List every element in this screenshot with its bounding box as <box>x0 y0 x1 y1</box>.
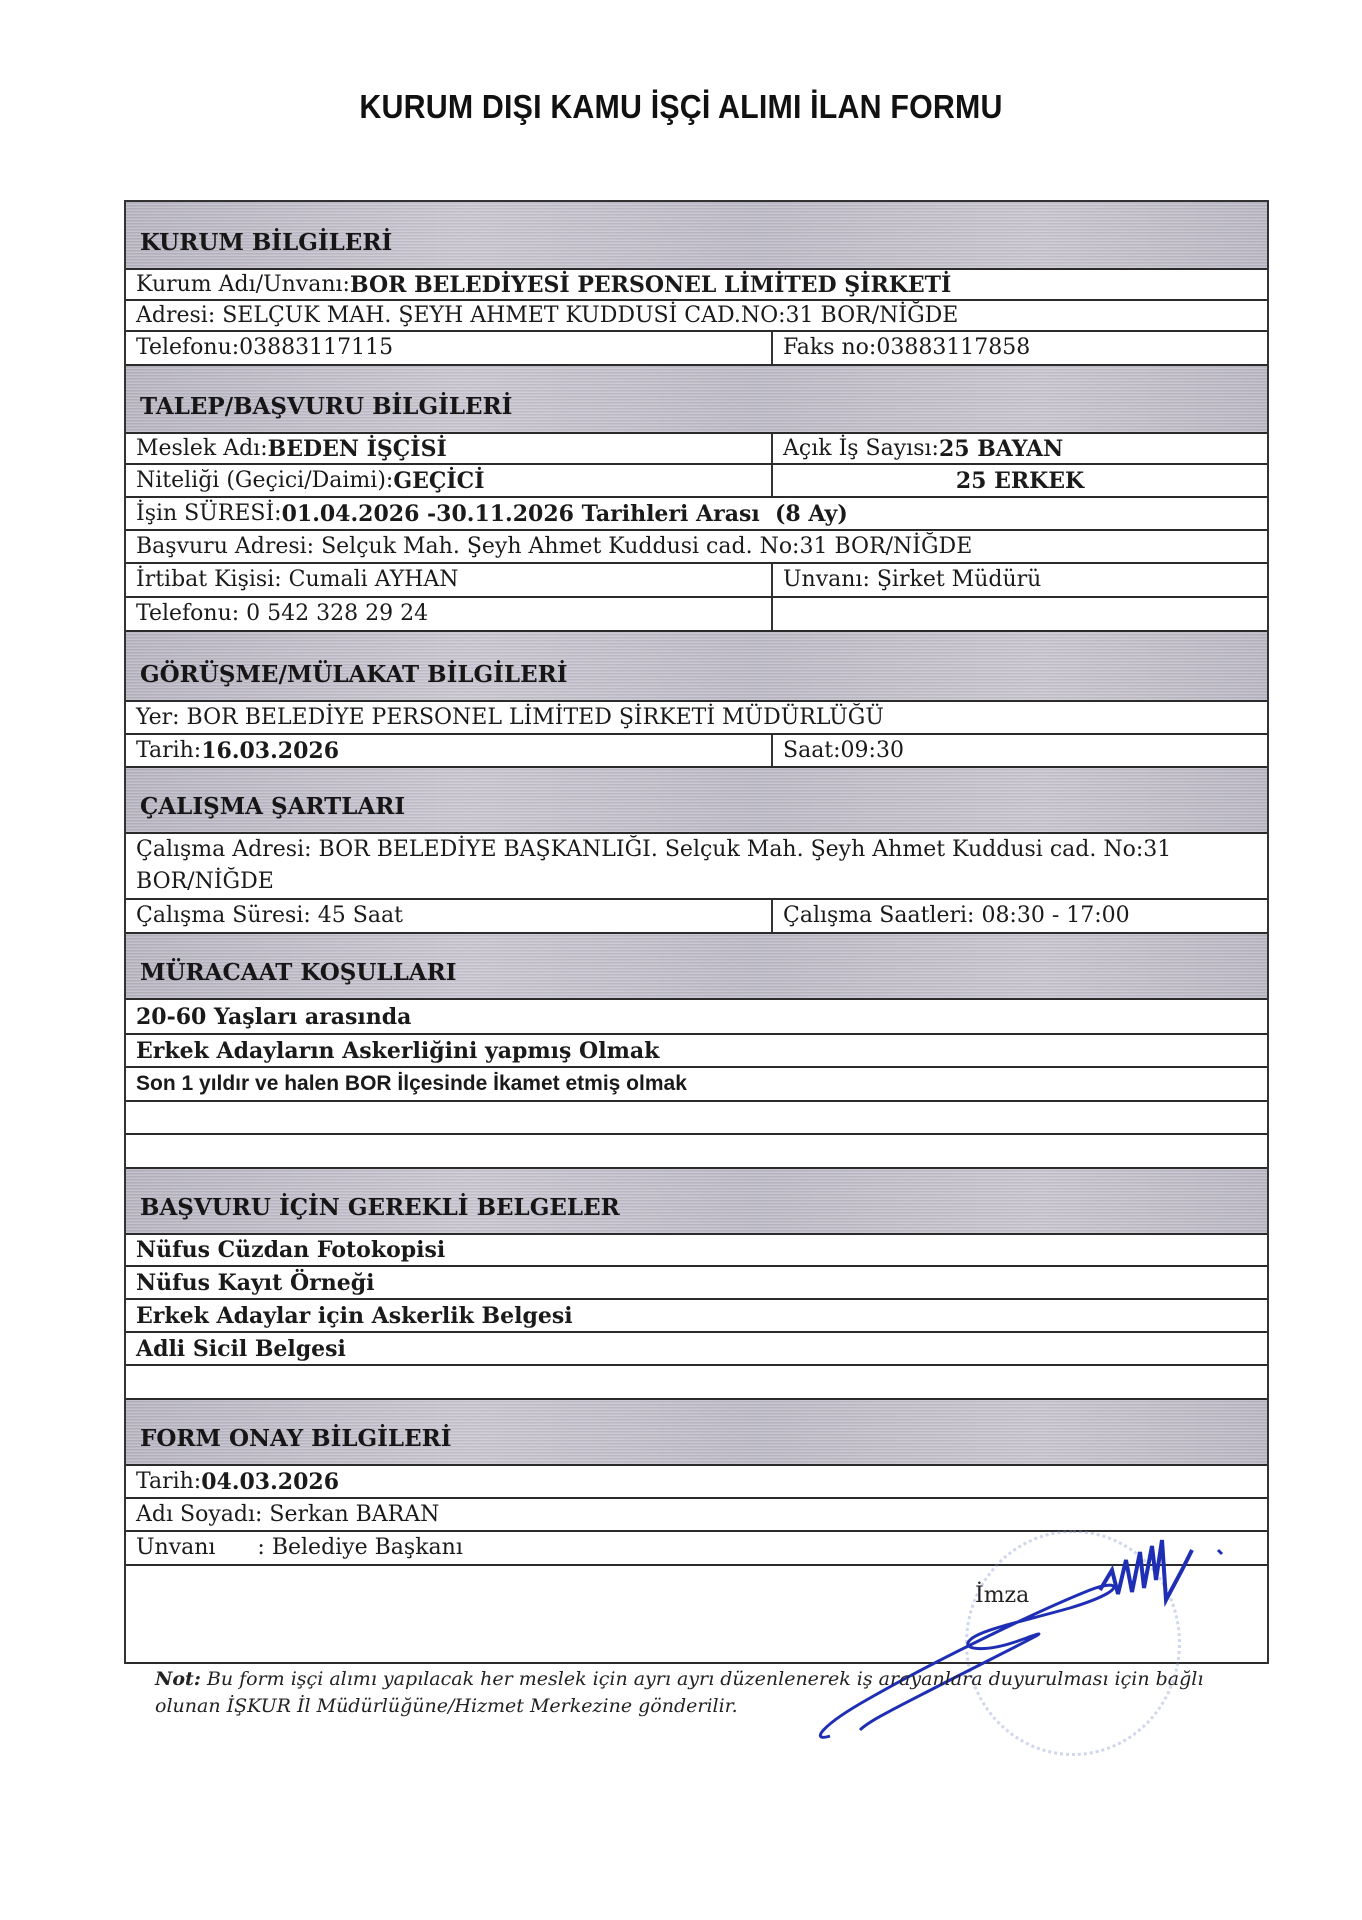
note-label: Not: <box>155 1668 201 1690</box>
nitelik-row: Niteliği (Geçici/Daimi): GEÇİCİ 25 ERKEK <box>126 465 1267 498</box>
belge-text: Nüfus Kayıt Örneği <box>126 1267 1267 1298</box>
muracaat-text: Erkek Adayların Askerliğini yapmış Olmak <box>126 1035 1267 1066</box>
meslek-value: BEDEN İŞÇİSİ <box>268 434 447 464</box>
section-title: MÜRACAAT KOŞULLARI <box>126 958 1267 998</box>
empty-cell <box>773 598 1267 630</box>
tarih-value: 16.03.2026 <box>201 736 339 766</box>
belge-item <box>126 1366 1267 1400</box>
acik-is-male: 25 ERKEK <box>773 465 1267 496</box>
belge-item: Adli Sicil Belgesi <box>126 1333 1267 1366</box>
belge-item: Nüfus Kayıt Örneği <box>126 1267 1267 1300</box>
kurum-fax: Faks no:03883117858 <box>773 332 1267 364</box>
section-title: FORM ONAY BİLGİLERİ <box>126 1424 1267 1464</box>
section-title: GÖRÜŞME/MÜLAKAT BİLGİLERİ <box>126 660 1267 700</box>
form-note: Not: Bu form işçi alımı yapılacak her me… <box>155 1666 1255 1720</box>
sure-value: 01.04.2026 -30.11.2026 Tarihleri Arası (… <box>282 499 848 529</box>
basvuru-adresi-row: Başvuru Adresi: Selçuk Mah. Şeyh Ahmet K… <box>126 531 1267 564</box>
meslek: Meslek Adı: BEDEN İŞÇİSİ <box>126 434 773 463</box>
section-title: BAŞVURU İÇİN GEREKLİ BELGELER <box>126 1193 1267 1233</box>
section-header-kurum: KURUM BİLGİLERİ <box>126 202 1267 270</box>
is-suresi: İşin SÜRESİ: 01.04.2026 -30.11.2026 Tari… <box>126 498 1267 529</box>
kurum-address: Adresi: SELÇUK MAH. ŞEYH AHMET KUDDUSİ C… <box>126 301 1267 330</box>
irtibat-telefon: Telefonu: 0 542 328 29 24 <box>126 598 773 630</box>
acik-is-female: 25 BAYAN <box>939 434 1063 464</box>
form-title: KURUM DIŞI KAMU İŞÇİ ALIMI İLAN FORMU <box>54 88 1307 126</box>
calisma-adres-row: Çalışma Adresi: BOR BELEDİYE BAŞKANLIĞI.… <box>126 834 1267 900</box>
kurum-name-value: BOR BELEDİYESİ PERSONEL LİMİTED ŞİRKETİ <box>350 270 951 300</box>
onay-tarih-row: Tarih: 04.03.2026 <box>126 1466 1267 1499</box>
muracaat-item: Son 1 yıldır ve halen BOR İlçesinde İkam… <box>126 1068 1267 1102</box>
belge-text: Erkek Adaylar için Askerlik Belgesi <box>126 1300 1267 1331</box>
section-title: TALEP/BAŞVURU BİLGİLERİ <box>126 392 1267 432</box>
kurum-name-row: Kurum Adı/Unvanı: BOR BELEDİYESİ PERSONE… <box>126 270 1267 301</box>
onay-tarih: Tarih: 04.03.2026 <box>126 1466 1267 1497</box>
section-header-belgeler: BAŞVURU İÇİN GEREKLİ BELGELER <box>126 1169 1267 1235</box>
onay-tarih-value: 04.03.2026 <box>201 1467 339 1497</box>
note-text: Bu form işçi alımı yapılacak her meslek … <box>155 1668 1203 1717</box>
onay-tarih-label: Tarih: <box>136 1467 201 1497</box>
signature-icon <box>800 1530 1240 1760</box>
muracaat-item: Erkek Adayların Askerliğini yapmış Olmak <box>126 1035 1267 1068</box>
kurum-contact-row: Telefonu:03883117115 Faks no:03883117858 <box>126 332 1267 366</box>
onay-adi-soyadi: Adı Soyadı: Serkan BARAN <box>126 1499 1267 1530</box>
kurum-name-label: Kurum Adı/Unvanı: <box>136 270 350 300</box>
muracaat-item <box>126 1102 1267 1135</box>
calisma-saatleri: Çalışma Saatleri: 08:30 - 17:00 <box>773 900 1267 932</box>
gorusme-yer: Yer: BOR BELEDİYE PERSONEL LİMİTED ŞİRKE… <box>126 702 1267 733</box>
section-title: KURUM BİLGİLERİ <box>126 228 1267 268</box>
kurum-phone: Telefonu:03883117115 <box>126 332 773 364</box>
kurum-name: Kurum Adı/Unvanı: BOR BELEDİYESİ PERSONE… <box>126 270 1267 299</box>
belge-text: Nüfus Cüzdan Fotokopisi <box>126 1235 1267 1265</box>
belge-item: Nüfus Cüzdan Fotokopisi <box>126 1235 1267 1267</box>
section-header-onay: FORM ONAY BİLGİLERİ <box>126 1400 1267 1466</box>
calisma-adresi: Çalışma Adresi: BOR BELEDİYE BAŞKANLIĞI.… <box>126 834 1267 898</box>
irtibat-telefon-row: Telefonu: 0 542 328 29 24 <box>126 598 1267 632</box>
acik-is-sayisi: Açık İş Sayısı: 25 BAYAN <box>773 434 1267 463</box>
belge-item: Erkek Adaylar için Askerlik Belgesi <box>126 1300 1267 1333</box>
calisma-sure-row: Çalışma Süresi: 45 Saat Çalışma Saatleri… <box>126 900 1267 934</box>
form-table: KURUM BİLGİLERİ Kurum Adı/Unvanı: BOR BE… <box>124 200 1269 1664</box>
section-header-muracaat: MÜRACAAT KOŞULLARI <box>126 934 1267 1000</box>
irtibat-unvan: Unvanı: Şirket Müdürü <box>773 564 1267 596</box>
onay-adi-row: Adı Soyadı: Serkan BARAN <box>126 1499 1267 1532</box>
belge-text <box>126 1366 1267 1398</box>
sure-row: İşin SÜRESİ: 01.04.2026 -30.11.2026 Tari… <box>126 498 1267 531</box>
gorusme-tarih: Tarih: 16.03.2026 <box>126 735 773 766</box>
muracaat-text <box>126 1135 1267 1167</box>
gorusme-tarih-row: Tarih: 16.03.2026 Saat:09:30 <box>126 735 1267 768</box>
meslek-row: Meslek Adı: BEDEN İŞÇİSİ Açık İş Sayısı:… <box>126 434 1267 465</box>
calisma-suresi: Çalışma Süresi: 45 Saat <box>126 900 773 932</box>
muracaat-text <box>126 1102 1267 1133</box>
muracaat-text: 20-60 Yaşları arasında <box>126 1000 1267 1033</box>
irtibat-kisisi: İrtibat Kişisi: Cumali AYHAN <box>126 564 773 596</box>
muracaat-item: 20-60 Yaşları arasında <box>126 1000 1267 1035</box>
nitelik: Niteliği (Geçici/Daimi): GEÇİCİ <box>126 465 773 496</box>
tarih-label: Tarih: <box>136 736 201 766</box>
nitelik-value: GEÇİCİ <box>393 466 484 496</box>
gorusme-yer-row: Yer: BOR BELEDİYE PERSONEL LİMİTED ŞİRKE… <box>126 702 1267 735</box>
nitelik-label: Niteliği (Geçici/Daimi): <box>136 466 393 496</box>
section-header-calisma: ÇALIŞMA ŞARTLARI <box>126 768 1267 834</box>
section-header-talep: TALEP/BAŞVURU BİLGİLERİ <box>126 366 1267 434</box>
basvuru-adresi: Başvuru Adresi: Selçuk Mah. Şeyh Ahmet K… <box>126 531 1267 562</box>
muracaat-item <box>126 1135 1267 1169</box>
acik-is-label: Açık İş Sayısı: <box>783 434 939 464</box>
meslek-label: Meslek Adı: <box>136 434 268 464</box>
irtibat-row: İrtibat Kişisi: Cumali AYHAN Unvanı: Şir… <box>126 564 1267 598</box>
muracaat-text: Son 1 yıldır ve halen BOR İlçesinde İkam… <box>126 1068 1267 1100</box>
gorusme-saat: Saat:09:30 <box>773 735 1267 766</box>
belge-text: Adli Sicil Belgesi <box>126 1333 1267 1364</box>
kurum-address-row: Adresi: SELÇUK MAH. ŞEYH AHMET KUDDUSİ C… <box>126 301 1267 332</box>
sure-label: İşin SÜRESİ: <box>136 499 282 529</box>
section-title: ÇALIŞMA ŞARTLARI <box>126 792 1267 832</box>
section-header-gorusme: GÖRÜŞME/MÜLAKAT BİLGİLERİ <box>126 632 1267 702</box>
